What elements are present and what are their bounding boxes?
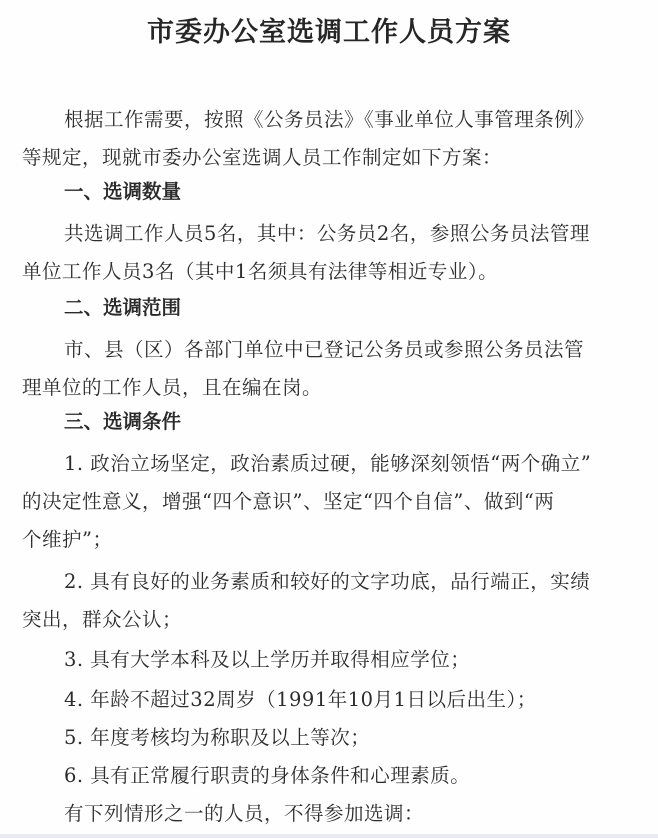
condition-6: 6. 具有正常履行职责的身体条件和心理素质。 [64,760,470,788]
section-scope-line-1: 市、县（区）各部门单位中已登记公务员或参照公务员法管 [64,334,584,362]
condition-5: 5. 年度考核均为称职及以上等次； [64,722,370,750]
section-quantity-line-2: 单位工作人员3名（其中1名须具有法律等相近专业）。 [22,256,498,284]
document-title: 市委办公室选调工作人员方案 [0,10,658,49]
section-quantity-line-1: 共选调工作人员5名，其中：公务员2名，参照公务员法管理 [64,218,590,246]
condition-2-line-1: 2. 具有良好的业务素质和较好的文字功底，品行端正，实绩 [64,566,590,594]
page-bottom-edge [0,834,658,838]
intro-line-2: 等规定，现就市委办公室选调人员工作制定如下方案： [22,142,502,170]
condition-1-line-1: 1. 政治立场坚定，政治素质过硬，能够深刻领悟“两个确立” [64,448,591,476]
exclusion-intro: 有下列情形之一的人员，不得参加选调： [64,798,424,826]
section-heading-quantity: 一、选调数量 [64,176,181,204]
condition-3: 3. 具有大学本科及以上学历并取得相应学位； [64,644,470,672]
section-heading-conditions: 三、选调条件 [64,406,181,434]
document-page: 市委办公室选调工作人员方案 根据工作需要，按照《公务员法》《事业单位人事管理条例… [0,0,658,834]
condition-1-line-3: 个维护”； [22,524,112,552]
intro-line-1: 根据工作需要，按照《公务员法》《事业单位人事管理条例》 [64,104,594,132]
condition-4: 4. 年龄不超过32周岁（1991年10月1日以后出生）； [64,684,537,712]
condition-2-line-2: 突出，群众公认； [22,604,182,632]
section-heading-scope: 二、选调范围 [64,292,181,320]
condition-1-line-2: 的决定性意义，增强“四个意识”、坚定“四个自信”、做到“两 [22,486,554,514]
section-scope-line-2: 理单位的工作人员，且在编在岗。 [22,372,322,400]
